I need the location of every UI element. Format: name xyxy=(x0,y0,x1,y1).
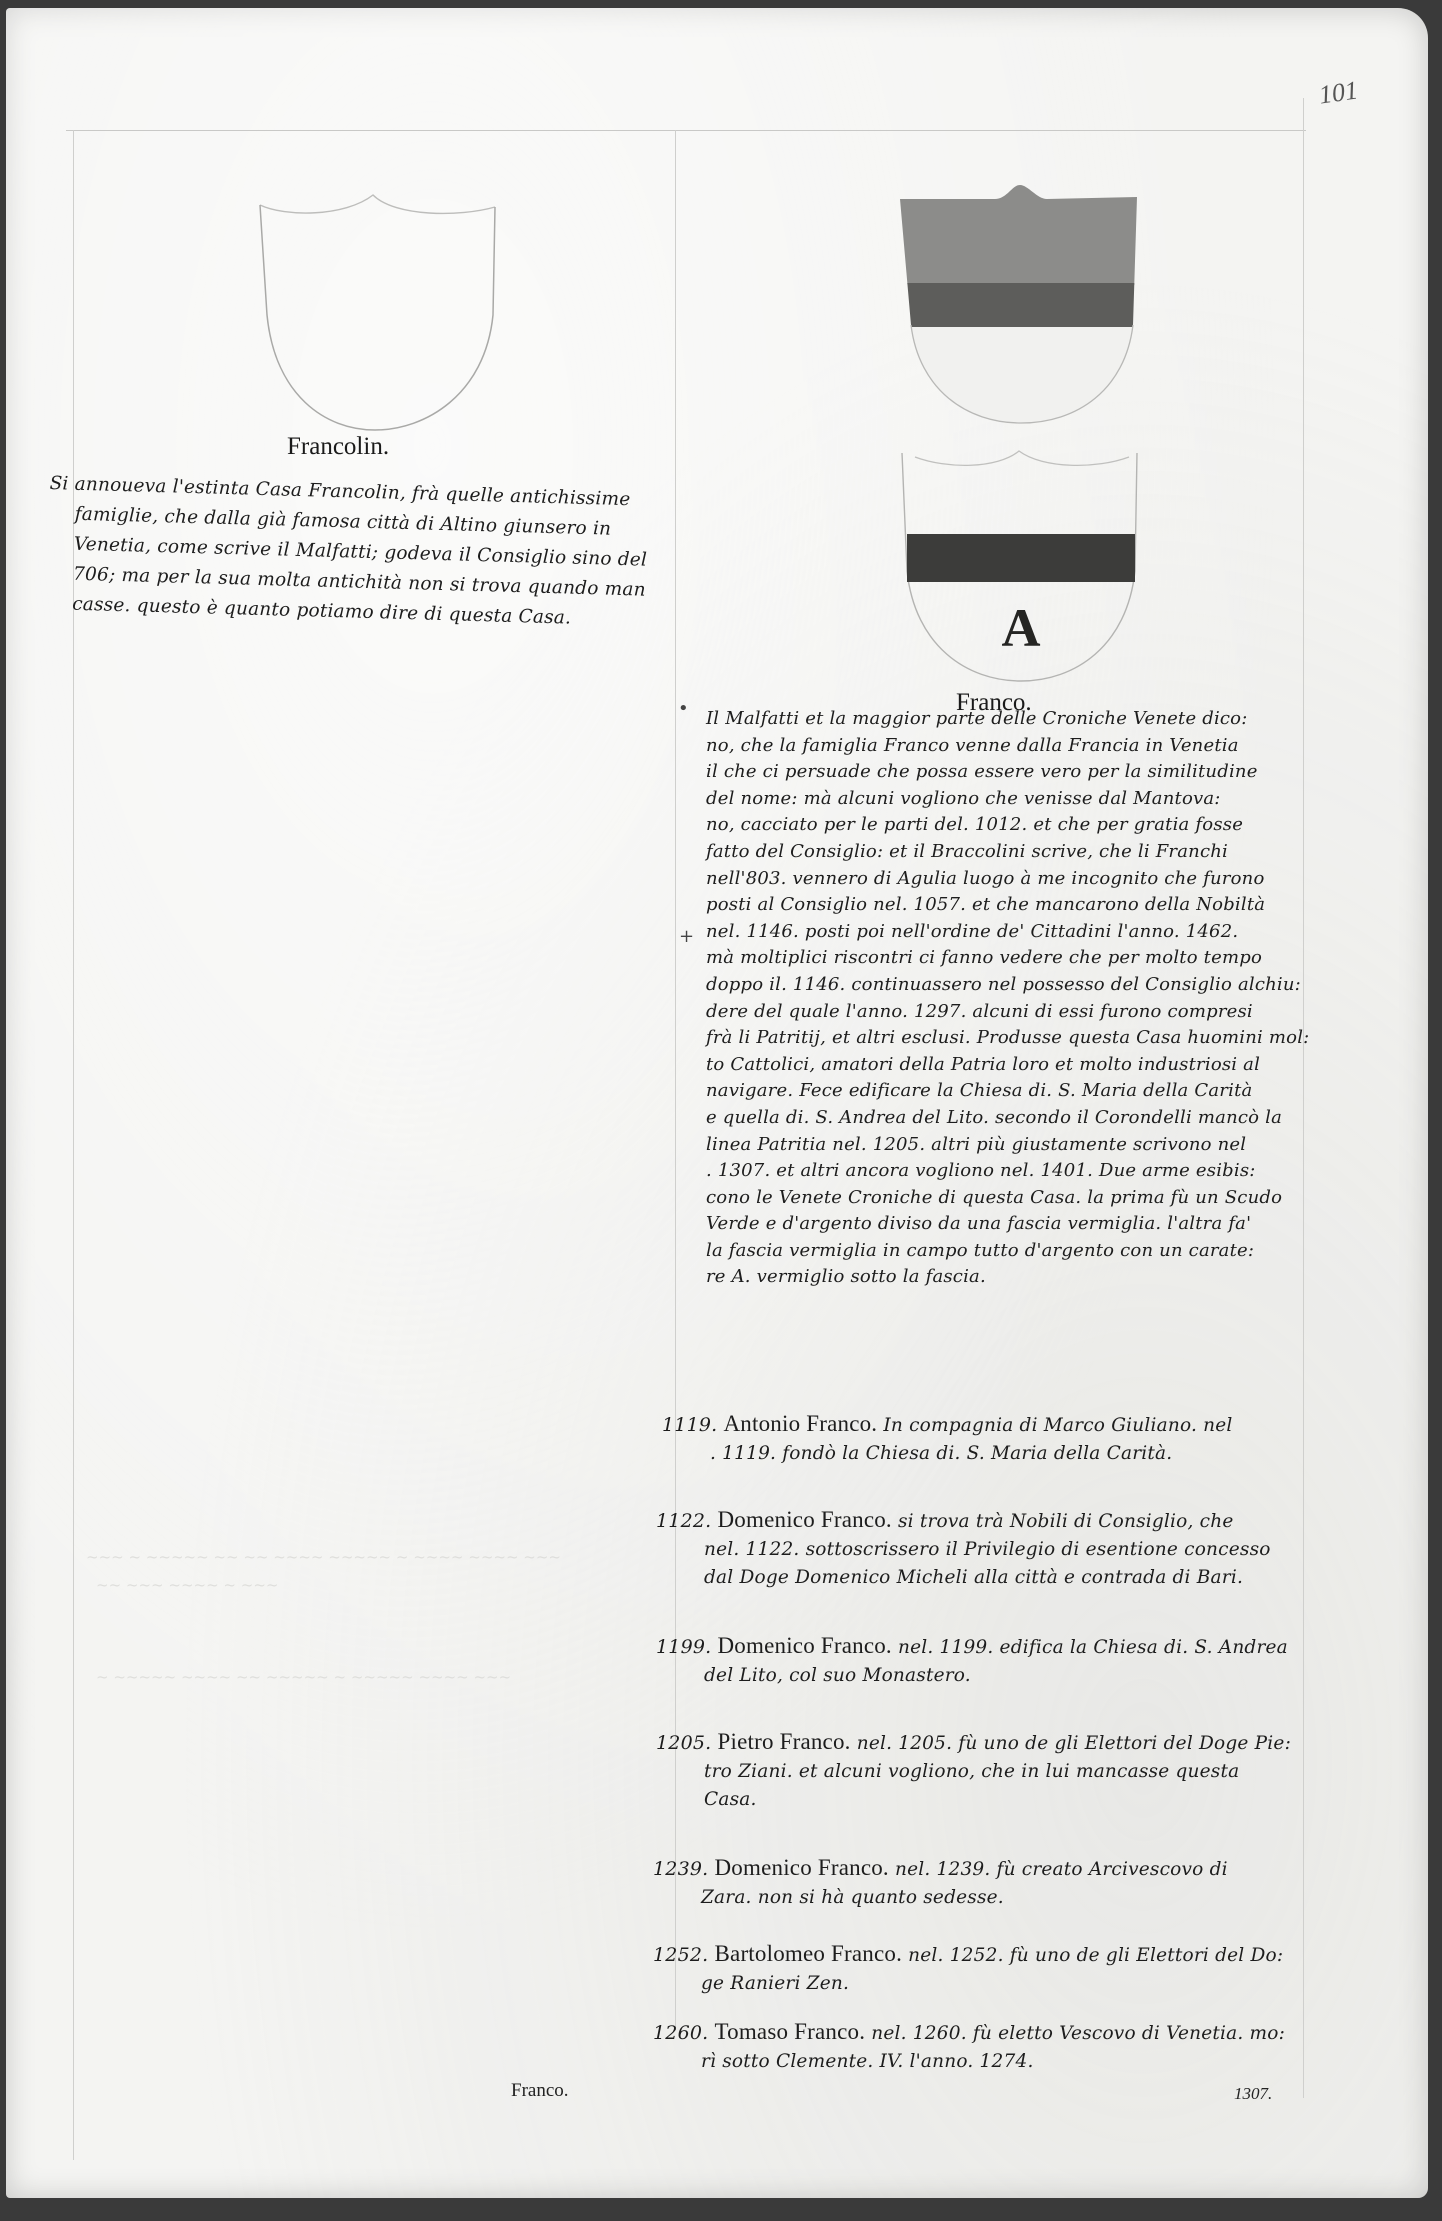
text-line: del nome: mà alcuni vogliono che venisse… xyxy=(706,786,1309,813)
entry-text: nel. 1252. fù uno de gli Elettori del Do… xyxy=(908,1945,1283,1966)
entry-name: Domenico Franco. xyxy=(715,1855,889,1880)
entry-name: Antonio Franco. xyxy=(724,1411,878,1436)
top-ruled-line xyxy=(66,130,1306,131)
entry-text: nel. 1205. fù uno de gli Elettori del Do… xyxy=(857,1733,1291,1754)
entry-text: In compagnia di Marco Giuliano. nel xyxy=(883,1415,1232,1436)
entry-text: nel. 1122. sottoscrissero il Privilegio … xyxy=(656,1536,1271,1564)
text-line: Il Malfatti et la maggior parte delle Cr… xyxy=(706,706,1309,733)
entry-1122-domenico-franco: 1122. Domenico Franco. si trova trà Nobi… xyxy=(656,1506,1271,1592)
text-line: . 1307. et altri ancora vogliono nel. 14… xyxy=(706,1158,1309,1185)
entry-text: ge Ranieri Zen. xyxy=(653,1970,1283,1998)
entry-text: . 1119. fondò la Chiesa di. S. Maria del… xyxy=(662,1440,1233,1468)
text-line: frà li Patritij, et altri esclusi. Produ… xyxy=(706,1025,1309,1052)
catchword-left: Franco. xyxy=(511,2080,569,2102)
entry-1199-domenico-franco: 1199. Domenico Franco. nel. 1199. edific… xyxy=(656,1632,1288,1690)
entry-name: Domenico Franco. xyxy=(718,1507,892,1532)
bleed-through-text: ~ ~~~~~ ~~~~ ~~ ~~~~~ ~ ~~~~~ ~~~~ ~~~ xyxy=(96,1668,511,1686)
folio-number: 101 xyxy=(1317,75,1360,110)
franco-description-text: Il Malfatti et la maggior parte delle Cr… xyxy=(706,706,1309,1291)
entry-text: rì sotto Clemente. IV. l'anno. 1274. xyxy=(653,2048,1285,2076)
entry-text: del Lito, col suo Monastero. xyxy=(656,1662,1288,1690)
text-line: no, che la famiglia Franco venne dalla F… xyxy=(706,733,1309,760)
entry-year: 1122. xyxy=(656,1510,711,1532)
text-line: cono le Venete Croniche di questa Casa. … xyxy=(706,1185,1309,1212)
entry-text: si trova trà Nobili di Consiglio, che xyxy=(898,1511,1234,1532)
catchword-right: 1307. xyxy=(1234,2084,1272,2104)
entry-year: 1199. xyxy=(656,1636,711,1658)
entry-text: Casa. xyxy=(656,1786,1291,1814)
entry-name: Tomaso Franco. xyxy=(715,2019,866,2044)
text-line: la fascia vermiglia in campo tutto d'arg… xyxy=(706,1238,1309,1265)
francolin-title: Francolin. xyxy=(287,433,389,461)
entry-text: nel. 1239. fù creato Arcivescovo di xyxy=(895,1859,1228,1880)
entry-year: 1205. xyxy=(656,1732,711,1754)
text-line: e quella di. S. Andrea del Lito. secondo… xyxy=(706,1105,1309,1132)
franco-shield-verde-argento xyxy=(897,185,1142,430)
entry-year: 1239. xyxy=(653,1858,708,1880)
manuscript-page: 101 Francolin. Si annoueva l'estinta Cas… xyxy=(6,8,1428,2198)
margin-dot-mark: • xyxy=(678,698,689,719)
text-line: doppo il. 1146. continuassero nel posses… xyxy=(706,972,1309,999)
francolin-text: Si annoueva l'estinta Casa Francolin, fr… xyxy=(46,469,649,636)
text-line: nell'803. vennero di Agulia luogo à me i… xyxy=(706,866,1309,893)
text-line: navigare. Fece edificare la Chiesa di. S… xyxy=(706,1078,1309,1105)
bleed-through-text: ~~~ ~ ~~~~~ ~~ ~~ ~~~~ ~~~~~ ~ ~~~~ ~~~~… xyxy=(86,1548,561,1566)
franco-shield-argento-fess-a: A xyxy=(897,441,1142,686)
entry-name: Domenico Franco. xyxy=(718,1633,892,1658)
left-margin-rule xyxy=(73,130,74,2160)
entry-text: dal Doge Domenico Micheli alla città e c… xyxy=(656,1564,1271,1592)
entry-year: 1252. xyxy=(653,1944,708,1966)
entry-year: 1260. xyxy=(653,2022,708,2044)
text-line: linea Patritia nel. 1205. altri più gius… xyxy=(706,1132,1309,1159)
entry-1119-antonio-franco: 1119. Antonio Franco. In compagnia di Ma… xyxy=(662,1410,1233,1468)
text-line: dere del quale l'anno. 1297. alcuni di e… xyxy=(706,999,1309,1026)
entry-text: Zara. non si hà quanto sedesse. xyxy=(653,1884,1228,1912)
text-line: nel. 1146. posti poi nell'ordine de' Cit… xyxy=(706,919,1309,946)
margin-cross-mark: + xyxy=(679,926,694,947)
entry-1239-domenico-franco: 1239. Domenico Franco. nel. 1239. fù cre… xyxy=(653,1854,1228,1912)
entry-name: Pietro Franco. xyxy=(718,1729,851,1754)
entry-text: tro Ziani. et alcuni vogliono, che in lu… xyxy=(656,1758,1291,1786)
text-line: no, cacciato per le parti del. 1012. et … xyxy=(706,812,1309,839)
text-line: Verde e d'argento diviso da una fascia v… xyxy=(706,1211,1309,1238)
entry-1260-tomaso-franco: 1260. Tomaso Franco. nel. 1260. fù elett… xyxy=(653,2018,1285,2076)
entry-1252-bartolomeo-franco: 1252. Bartolomeo Franco. nel. 1252. fù u… xyxy=(653,1940,1283,1998)
entry-text: nel. 1199. edifica la Chiesa di. S. Andr… xyxy=(898,1637,1288,1658)
bleed-through-text: ~~ ~~~ ~~~~ ~ ~~~ xyxy=(96,1576,278,1594)
text-line: posti al Consiglio nel. 1057. et che man… xyxy=(706,892,1309,919)
text-line: re A. vermiglio sotto la fascia. xyxy=(706,1264,1309,1291)
text-line: to Cattolici, amatori della Patria loro … xyxy=(706,1052,1309,1079)
charge-letter-a: A xyxy=(1002,598,1041,658)
text-line: fatto del Consiglio: et il Braccolini sc… xyxy=(706,839,1309,866)
text-line: il che ci persuade che possa essere vero… xyxy=(706,759,1309,786)
entry-text: nel. 1260. fù eletto Vescovo di Venetia.… xyxy=(871,2023,1285,2044)
entry-1205-pietro-franco: 1205. Pietro Franco. nel. 1205. fù uno d… xyxy=(656,1728,1291,1814)
text-line: mà moltiplici riscontri ci fanno vedere … xyxy=(706,945,1309,972)
entry-name: Bartolomeo Franco. xyxy=(715,1941,903,1966)
entry-year: 1119. xyxy=(662,1414,717,1436)
francolin-empty-shield xyxy=(255,185,505,435)
